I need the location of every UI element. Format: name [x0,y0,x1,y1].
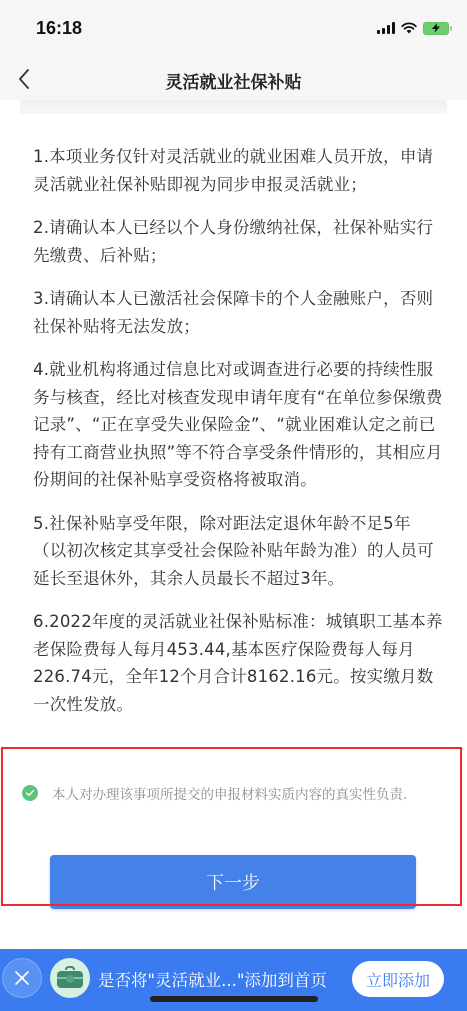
notice-paragraph-1: 1.本项业务仅针对灵活就业的就业困难人员开放，申请灵活就业社保补贴即视为同步申报… [33,143,443,198]
page-title: 灵活就业社保补贴 [0,68,467,93]
banner-message: 是否将"灵活就业..."添加到首页 [98,967,327,991]
briefcase-icon [50,958,90,998]
notice-content: 1.本项业务仅针对灵活就业的就业困难人员开放，申请灵活就业社保补贴即视为同步申报… [33,143,443,734]
battery-charging-icon [423,22,449,35]
next-step-button[interactable]: 下一步 [50,855,416,909]
notice-paragraph-3: 3.请确认本人已激活社会保障卡的个人金融账户，否则社保补贴将无法发放； [33,285,443,340]
add-now-button[interactable]: 立即添加 [352,961,444,997]
signal-icon [377,22,395,34]
close-icon [12,968,32,988]
wifi-icon [401,19,417,38]
banner-close-button[interactable] [2,958,42,998]
status-icons [377,20,449,36]
header-shadow [20,100,447,114]
status-bar: 16:18 [0,0,467,58]
agreement-text: 本人对办理该事项所提交的申报材料实质内容的真实性负责. [52,783,407,803]
nav-bar: 灵活就业社保补贴 [0,58,467,100]
check-circle-icon [22,785,38,801]
notice-paragraph-5: 5.社保补贴享受年限，除对距法定退休年龄不足5年（以初次核定其享受社会保险补贴年… [33,510,443,593]
agreement-checkbox[interactable]: 本人对办理该事项所提交的申报材料实质内容的真实性负责. [22,783,407,803]
home-indicator[interactable] [150,996,318,1002]
notice-paragraph-6: 6.2022年度的灵活就业社保补贴标准：城镇职工基本养老保险费每人每月453.4… [33,608,443,718]
notice-paragraph-4: 4.就业机构将通过信息比对或调查进行必要的持续性服务与核查，经比对核查发现申请年… [33,356,443,494]
notice-paragraph-2: 2.请确认本人已经以个人身份缴纳社保，社保补贴实行先缴费、后补贴； [33,214,443,269]
status-time: 16:18 [36,18,82,39]
